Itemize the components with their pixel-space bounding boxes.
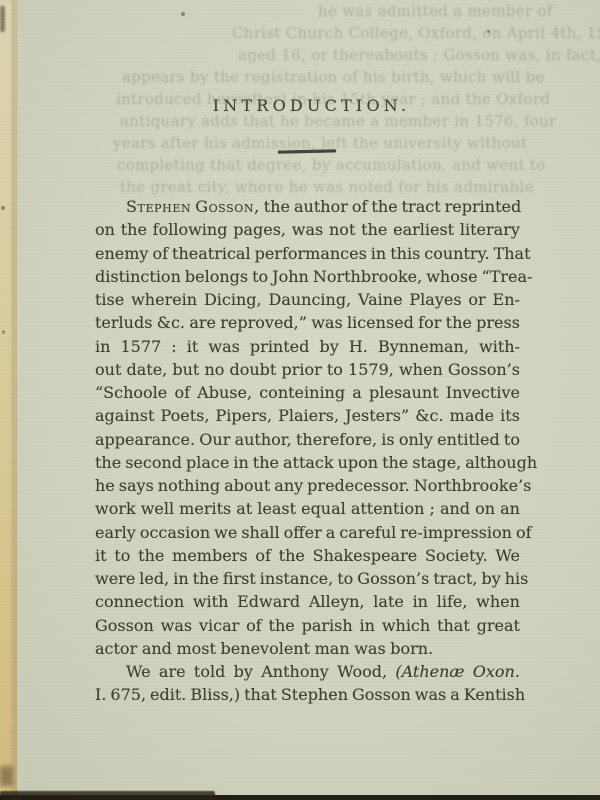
word: Playes bbox=[409, 290, 461, 309]
word: the bbox=[193, 569, 219, 588]
word: he bbox=[95, 476, 115, 495]
word: most bbox=[177, 639, 216, 658]
word: well bbox=[141, 499, 174, 518]
word: any bbox=[274, 476, 303, 495]
word: a bbox=[326, 523, 336, 542]
word: are bbox=[159, 662, 186, 681]
word: of bbox=[255, 546, 271, 565]
word: careful bbox=[339, 523, 396, 542]
word: and bbox=[440, 499, 470, 518]
word: Society. bbox=[425, 546, 488, 565]
word: Bynneman, bbox=[378, 337, 469, 356]
word: by bbox=[319, 337, 338, 356]
word: edit. bbox=[150, 685, 186, 704]
word: shall bbox=[241, 523, 279, 542]
word: parish bbox=[302, 616, 353, 635]
word: this bbox=[390, 244, 420, 263]
word: predecessor. bbox=[307, 476, 410, 495]
word: with- bbox=[479, 337, 520, 356]
word: in bbox=[413, 592, 428, 611]
text-line: outdate,butnodoubtpriorto1579,whenGosson… bbox=[95, 360, 520, 383]
word: the bbox=[253, 453, 279, 472]
text-line: wereled,inthefirstinstance,toGosson’stra… bbox=[95, 569, 520, 592]
word: Kentish bbox=[464, 685, 525, 704]
word: the bbox=[361, 220, 387, 239]
body-text: StephenGosson,theauthorofthetractreprint… bbox=[95, 197, 520, 709]
word: Abuse, bbox=[197, 383, 252, 402]
ghost-bleedthrough-line: Christ Church College, Oxford, on April … bbox=[232, 24, 600, 42]
word: members bbox=[172, 546, 247, 565]
ink-speck bbox=[181, 12, 185, 16]
word: the bbox=[121, 220, 147, 239]
word: tract, bbox=[433, 569, 477, 588]
word: benevolent bbox=[221, 639, 310, 658]
word: actor bbox=[95, 639, 137, 658]
word: that bbox=[437, 616, 470, 635]
word: of bbox=[174, 383, 190, 402]
page-edge-crease bbox=[12, 0, 14, 800]
word: distinction bbox=[95, 267, 181, 286]
text-line: WearetoldbyAnthonyWood,(AthenæOxon. bbox=[95, 662, 520, 685]
word: when bbox=[476, 592, 520, 611]
word: nothing bbox=[158, 476, 220, 495]
word: Wood, bbox=[337, 662, 387, 681]
word: pages, bbox=[233, 220, 286, 239]
word: and bbox=[142, 639, 172, 658]
word: on bbox=[95, 220, 115, 239]
word: offer bbox=[284, 523, 322, 542]
word: reprinted bbox=[445, 197, 522, 216]
photo-bottom-shadow-left bbox=[0, 791, 215, 798]
word: conteining bbox=[259, 383, 345, 402]
word: “Trea- bbox=[482, 267, 533, 286]
word: the bbox=[269, 616, 295, 635]
word: with bbox=[193, 592, 229, 611]
word: of bbox=[516, 523, 532, 542]
text-line: connectionwithEdwardAlleyn,lateinlife,wh… bbox=[95, 592, 520, 615]
word: the bbox=[279, 546, 305, 565]
word: only bbox=[399, 430, 433, 449]
word: earliest bbox=[393, 220, 454, 239]
text-line: thesecondplaceintheattackuponthestage,al… bbox=[95, 453, 520, 476]
word: of bbox=[152, 244, 168, 263]
word: That bbox=[494, 244, 531, 263]
word: merits bbox=[179, 499, 231, 518]
word: led, bbox=[139, 569, 169, 588]
word: of bbox=[246, 616, 262, 635]
word: when bbox=[399, 360, 443, 379]
word: no bbox=[204, 360, 224, 379]
word: We bbox=[126, 662, 151, 681]
word: Oxon. bbox=[473, 662, 520, 681]
word: least bbox=[257, 499, 296, 518]
word: which bbox=[382, 616, 430, 635]
word: reproved,” bbox=[220, 313, 307, 332]
word: literary bbox=[460, 220, 520, 239]
word: Shakespeare bbox=[313, 546, 418, 565]
word: an bbox=[500, 499, 520, 518]
word: doubt bbox=[230, 360, 277, 379]
word: work bbox=[95, 499, 136, 518]
word: the bbox=[264, 197, 290, 216]
word: “Schoole bbox=[95, 383, 167, 402]
word: Invective bbox=[446, 383, 520, 402]
word: ; bbox=[430, 499, 435, 518]
word: out bbox=[95, 360, 121, 379]
ink-speck bbox=[0, 6, 5, 32]
word: in bbox=[95, 337, 110, 356]
word: to bbox=[337, 569, 353, 588]
word: Poets, bbox=[160, 406, 209, 425]
word: date, bbox=[126, 360, 167, 379]
word: printed bbox=[250, 337, 309, 356]
word: Stephen bbox=[281, 685, 348, 704]
word: are bbox=[189, 313, 216, 332]
word: a bbox=[352, 383, 362, 402]
word: on bbox=[475, 499, 495, 518]
text-line: StephenGosson,theauthorofthetractreprint… bbox=[95, 197, 520, 220]
word: equal bbox=[301, 499, 346, 518]
word: the bbox=[371, 197, 397, 216]
word: press bbox=[476, 313, 520, 332]
ghost-bleedthrough-line: he was admitted a member of bbox=[318, 2, 553, 20]
text-line: hesaysnothingaboutanypredecessor.Northbr… bbox=[95, 476, 520, 499]
text-line: terluds&c.arereproved,”waslicensedforthe… bbox=[95, 313, 520, 336]
word: : bbox=[171, 337, 176, 356]
word: country. bbox=[424, 244, 489, 263]
word: the bbox=[95, 453, 121, 472]
word: appearance. bbox=[95, 430, 195, 449]
word: late bbox=[373, 592, 404, 611]
word: a bbox=[450, 685, 460, 704]
word: Vaine bbox=[358, 290, 403, 309]
word: Northbrooke’s bbox=[414, 476, 532, 495]
word: in bbox=[360, 616, 375, 635]
word: Plaiers, bbox=[278, 406, 339, 425]
word: for bbox=[418, 313, 441, 332]
word: early bbox=[95, 523, 136, 542]
word: entitled bbox=[437, 430, 500, 449]
word: licensed bbox=[347, 313, 414, 332]
word: Dicing, bbox=[204, 290, 262, 309]
word: man bbox=[315, 639, 350, 658]
word: Bliss,) bbox=[190, 685, 240, 704]
text-line: in1577:itwasprintedbyH.Bynneman,with- bbox=[95, 337, 520, 360]
word: connection bbox=[95, 592, 184, 611]
text-line: enemyoftheatricalperformancesinthiscount… bbox=[95, 244, 520, 267]
word: was bbox=[311, 313, 342, 332]
word: I. bbox=[95, 685, 106, 704]
corner-smudge bbox=[0, 766, 13, 786]
word: 675, bbox=[110, 685, 146, 704]
text-line: workwellmeritsatleastequalattention;ando… bbox=[95, 499, 520, 522]
word: were bbox=[95, 569, 135, 588]
text-line: appearance.Ourauthor,therefore,isonlyent… bbox=[95, 430, 520, 453]
word: that bbox=[244, 685, 277, 704]
page-edge-band bbox=[0, 0, 17, 800]
word: Pipers, bbox=[216, 406, 273, 425]
text-line: Gossonwasvicaroftheparishinwhichthatgrea… bbox=[95, 616, 520, 639]
ghost-bleedthrough-line: appears by the registration of his birth… bbox=[122, 68, 545, 86]
word: tise bbox=[95, 290, 124, 309]
word: against bbox=[95, 406, 154, 425]
word: second bbox=[125, 453, 182, 472]
word: Anthony bbox=[261, 662, 329, 681]
ink-speck bbox=[1, 206, 5, 210]
ghost-bleedthrough-line: the great city, where he was noted for h… bbox=[120, 178, 534, 196]
book-page-photo: he was admitted a member ofChrist Church… bbox=[0, 0, 600, 800]
word: great bbox=[477, 616, 520, 635]
ink-speck bbox=[487, 30, 490, 33]
word: Alleyn, bbox=[309, 592, 365, 611]
word: in bbox=[371, 244, 386, 263]
word: stage, bbox=[412, 453, 461, 472]
word: born. bbox=[390, 639, 433, 658]
word: it bbox=[187, 337, 199, 356]
word: his bbox=[505, 569, 529, 588]
word: En- bbox=[493, 290, 520, 309]
word: Jesters” bbox=[345, 406, 409, 425]
word: made bbox=[450, 406, 494, 425]
word: says bbox=[119, 476, 154, 495]
word: to bbox=[114, 546, 130, 565]
word: enemy bbox=[95, 244, 148, 263]
word: prior bbox=[281, 360, 321, 379]
word: was bbox=[415, 685, 446, 704]
word: in bbox=[173, 569, 188, 588]
text-line: distinctionbelongstoJohnNorthbrooke,whos… bbox=[95, 267, 520, 290]
word: attention bbox=[351, 499, 425, 518]
text-line: actorandmostbenevolentmanwasborn. bbox=[95, 639, 520, 662]
word: instance, bbox=[260, 569, 333, 588]
word: Gosson bbox=[352, 685, 411, 704]
word: following bbox=[153, 220, 228, 239]
word: author bbox=[294, 197, 348, 216]
word: terluds bbox=[95, 313, 152, 332]
word: plesaunt bbox=[369, 383, 439, 402]
word: was bbox=[161, 616, 192, 635]
word: Gosson’s bbox=[448, 360, 520, 379]
word: is bbox=[381, 430, 394, 449]
word: Stephen bbox=[126, 197, 191, 216]
word: Gosson’s bbox=[357, 569, 429, 588]
word: performances bbox=[255, 244, 367, 263]
word: to bbox=[504, 430, 520, 449]
word: 1579, bbox=[348, 360, 394, 379]
word: was bbox=[208, 337, 239, 356]
word: Our bbox=[199, 430, 230, 449]
word: re-impression bbox=[400, 523, 512, 542]
page-title: INTRODUCTION. bbox=[95, 96, 524, 115]
word: its bbox=[500, 406, 520, 425]
word: Gosson bbox=[95, 616, 154, 635]
word: vicar bbox=[199, 616, 239, 635]
text-line: I.675,edit.Bliss,)thatStephenGossonwasaK… bbox=[95, 685, 520, 708]
text-line: “SchooleofAbuse,conteiningaplesauntInvec… bbox=[95, 383, 520, 406]
word: place bbox=[186, 453, 229, 472]
word: Northbrooke, bbox=[313, 267, 422, 286]
word: but bbox=[172, 360, 199, 379]
word: wherein bbox=[131, 290, 197, 309]
word: to bbox=[327, 360, 343, 379]
word: &c. bbox=[415, 406, 443, 425]
word: theatrical bbox=[172, 244, 251, 263]
word: the bbox=[138, 546, 164, 565]
word: the bbox=[446, 313, 472, 332]
word: H. bbox=[349, 337, 368, 356]
word: Gosson, bbox=[195, 197, 260, 216]
word: 1577 bbox=[121, 337, 162, 356]
word: belongs bbox=[185, 267, 248, 286]
text-line: againstPoets,Pipers,Plaiers,Jesters”&c.m… bbox=[95, 406, 520, 429]
text-line: onthefollowingpages,wasnottheearliestlit… bbox=[95, 220, 520, 243]
word: Dauncing, bbox=[268, 290, 351, 309]
word: we bbox=[214, 523, 237, 542]
word: (Athenæ bbox=[395, 662, 464, 681]
word: upon bbox=[338, 453, 378, 472]
paragraph: StephenGosson,theauthorofthetractreprint… bbox=[95, 197, 520, 662]
word: although bbox=[465, 453, 537, 472]
text-line: ittothemembersoftheShakespeareSociety.We bbox=[95, 546, 520, 569]
word: by bbox=[234, 662, 253, 681]
word: therefore, bbox=[296, 430, 377, 449]
word: not bbox=[329, 220, 355, 239]
word: occasion bbox=[140, 523, 210, 542]
word: of bbox=[352, 197, 368, 216]
word: John bbox=[272, 267, 309, 286]
word: was bbox=[292, 220, 323, 239]
word: at bbox=[236, 499, 252, 518]
word: about bbox=[224, 476, 270, 495]
word: it bbox=[95, 546, 107, 565]
word: &c. bbox=[157, 313, 185, 332]
word: whose bbox=[426, 267, 477, 286]
title-divider-rule bbox=[278, 149, 336, 153]
word: tract bbox=[402, 197, 441, 216]
word: told bbox=[194, 662, 225, 681]
word: by bbox=[481, 569, 500, 588]
word: to bbox=[252, 267, 268, 286]
word: Edward bbox=[237, 592, 300, 611]
word: first bbox=[223, 569, 256, 588]
text-line: earlyoccasionweshallofferacarefulre-impr… bbox=[95, 523, 520, 546]
word: or bbox=[468, 290, 485, 309]
word: attack bbox=[283, 453, 334, 472]
word: in bbox=[233, 453, 248, 472]
word: We bbox=[495, 546, 520, 565]
word: life, bbox=[437, 592, 468, 611]
word: author, bbox=[235, 430, 292, 449]
ghost-bleedthrough-line: completing that degree, by accumulation,… bbox=[117, 156, 546, 174]
word: the bbox=[382, 453, 408, 472]
paragraph: WearetoldbyAnthonyWood,(AthenæOxon.I.675… bbox=[95, 662, 520, 709]
ghost-bleedthrough-line: aged 16, or thereabouts ; Gosson was, in… bbox=[238, 46, 600, 64]
ink-speck bbox=[2, 330, 5, 334]
word: was bbox=[354, 639, 385, 658]
text-line: tisewhereinDicing,Dauncing,VainePlayesor… bbox=[95, 290, 520, 313]
